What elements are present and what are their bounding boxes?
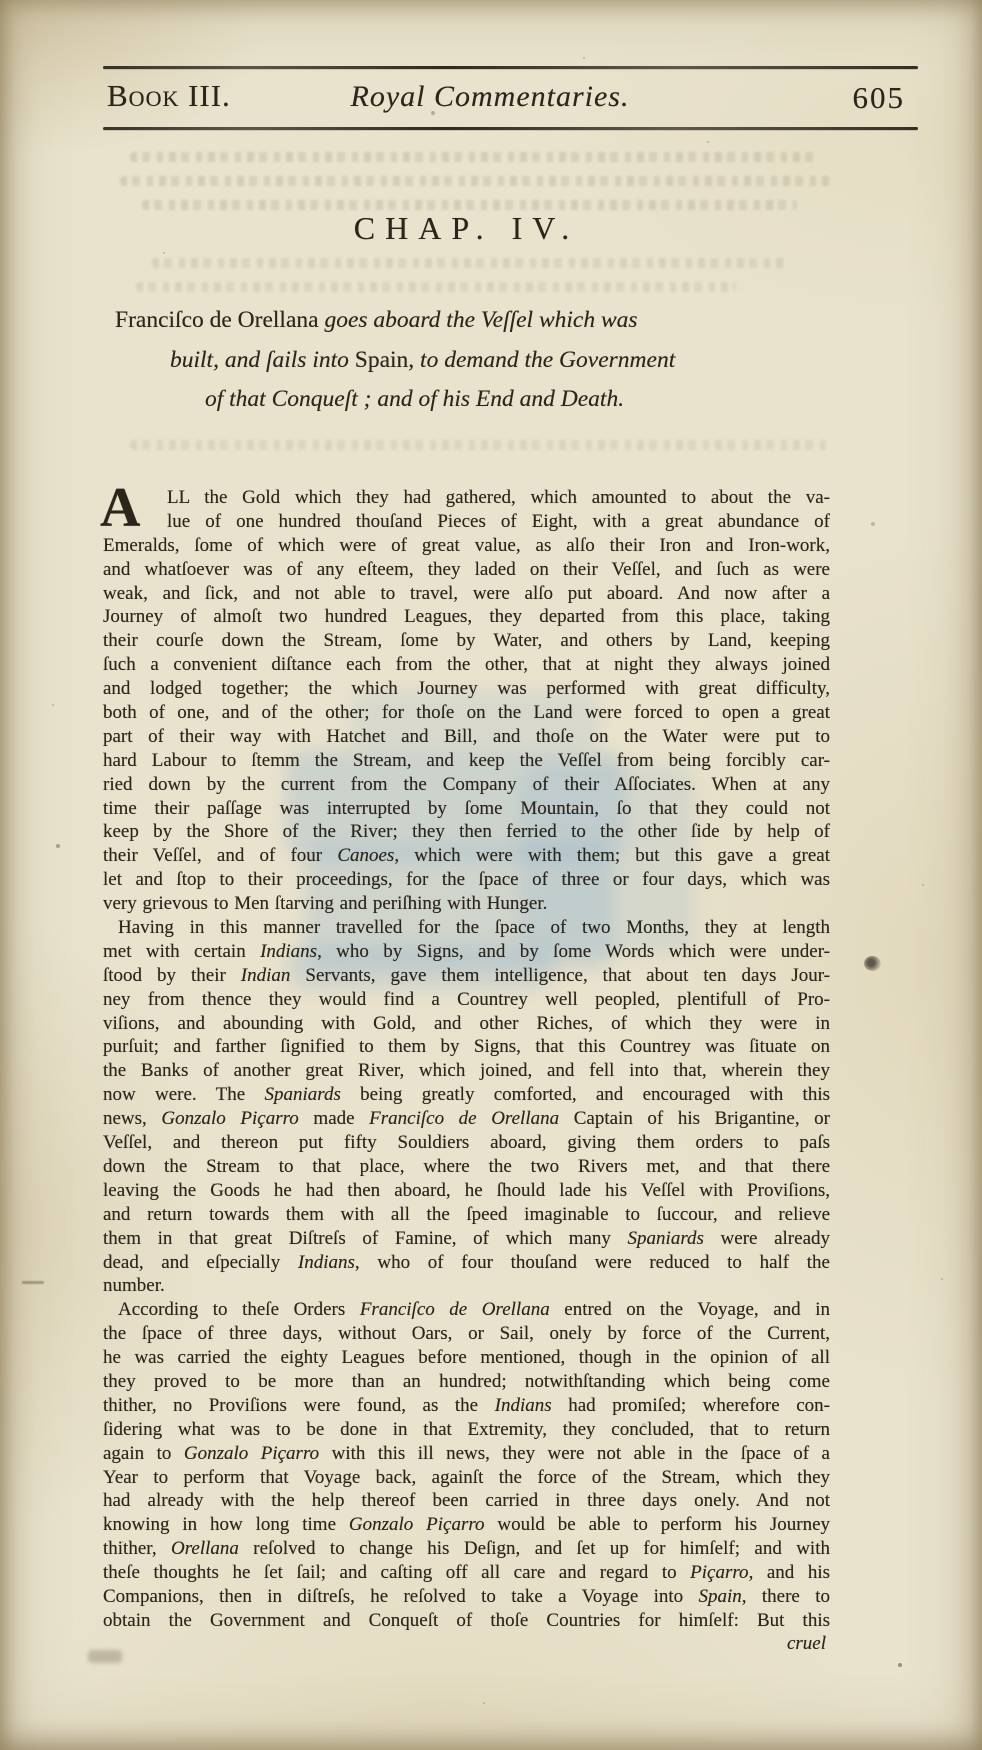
text-line: ried down by the current from the Compan… bbox=[103, 773, 830, 797]
text-segment: the Banks of another great River, which … bbox=[103, 1060, 830, 1081]
text-line: According to theſe Orders Franciſco de O… bbox=[103, 1298, 830, 1322]
text-segment: and whatſoever was of any eſteem, they l… bbox=[103, 559, 830, 580]
chapter-argument: Franciſco de Orellana goes aboard the Ve… bbox=[103, 301, 863, 420]
text-line: number. bbox=[103, 1274, 830, 1298]
text-segment: viſions, and abounding with Gold, and ot… bbox=[103, 1013, 830, 1034]
bleed-through-row bbox=[142, 200, 797, 210]
catchword: cruel bbox=[103, 1633, 826, 1655]
text-segment: Journey of almoſt two hundred Leagues, t… bbox=[103, 606, 830, 627]
text-line: thither, no Proviſions were found, as th… bbox=[103, 1394, 830, 1418]
text-segment: , to demand the Government bbox=[408, 347, 675, 373]
drop-cap: A bbox=[100, 483, 140, 533]
text-segment: he was carried the eighty Leagues before… bbox=[103, 1347, 830, 1368]
text-line: they proved to be more than an hundred; … bbox=[103, 1370, 830, 1394]
text-line: and whatſoever was of any eſteem, they l… bbox=[103, 558, 830, 582]
text-segment: , which were with them; but this gave a … bbox=[394, 845, 830, 866]
ink-blot bbox=[864, 956, 881, 971]
text-segment: Emeralds, ſome of which were of great va… bbox=[103, 535, 830, 556]
text-line: the Banks of another great River, which … bbox=[103, 1059, 830, 1083]
chapter-heading: CHAP. IV. bbox=[103, 210, 830, 247]
text-segment: met with certain bbox=[103, 941, 260, 962]
text-segment: , who by Signs, and by ſome Words which … bbox=[317, 941, 830, 962]
text-segment: very grievous to Men ſtarving and periſh… bbox=[103, 893, 547, 914]
text-line: lue of one hundred thouſand Pieces of Ei… bbox=[103, 510, 830, 534]
text-segment: knowing in how long time bbox=[103, 1514, 349, 1535]
text-segment: news, bbox=[103, 1108, 161, 1129]
text-segment: again to bbox=[103, 1443, 184, 1464]
text-segment: the ſpace of three days, without Oars, o… bbox=[103, 1323, 830, 1344]
text-line: and lodged together; the which Journey w… bbox=[103, 677, 830, 701]
text-line: now were. The Spaniards being greatly co… bbox=[103, 1083, 830, 1107]
text-segment: Spain bbox=[355, 347, 409, 373]
header-rule-top bbox=[103, 66, 918, 69]
text-segment: ney from thence they would find a Countr… bbox=[103, 989, 830, 1010]
text-line: ſtood by their Indian Servants, gave the… bbox=[103, 964, 830, 988]
text-segment: part of their way with Hatchet and Bill,… bbox=[103, 726, 830, 747]
bleed-through-row bbox=[136, 282, 736, 292]
text-segment: purſuit; and farther ſignified to them b… bbox=[103, 1036, 830, 1057]
text-line: Emeralds, ſome of which were of great va… bbox=[103, 534, 830, 558]
text-segment: Year to perform that Voyage back, againſ… bbox=[103, 1467, 830, 1488]
text-segment: their Veſſel, and of four bbox=[103, 845, 337, 866]
argument-line: built, and ſails into Spain, to demand t… bbox=[103, 341, 863, 381]
text-segment: down the Stream to that place, where the… bbox=[103, 1156, 830, 1177]
text-line: theſe thoughts he ſet ſail; and caſting … bbox=[103, 1561, 830, 1585]
text-line: had already with the help thereof been c… bbox=[103, 1489, 830, 1513]
text-segment: Servants, gave them intelligence, that a… bbox=[290, 965, 830, 986]
text-segment: According to theſe Orders bbox=[118, 1299, 360, 1320]
bleed-through-row bbox=[120, 176, 830, 186]
text-segment: Canoes bbox=[337, 845, 394, 866]
text-line: them in that great Diſtreſs of Famine, o… bbox=[103, 1227, 830, 1251]
text-line: the ſpace of three days, without Oars, o… bbox=[103, 1322, 830, 1346]
text-segment: entred on the Voyage, and in bbox=[550, 1299, 830, 1320]
text-segment: keep by the Shore of the River; they the… bbox=[103, 821, 830, 842]
text-segment: they proved to be more than an hundred; … bbox=[103, 1371, 830, 1392]
text-segment: their courſe down the Stream, ſome by Wa… bbox=[103, 630, 830, 651]
text-segment: Indian bbox=[241, 965, 291, 986]
text-segment: had promiſed; wherefore con- bbox=[552, 1395, 830, 1416]
text-line: Veſſel, and thereon put fifty Souldiers … bbox=[103, 1131, 830, 1155]
page-number: 605 bbox=[700, 80, 905, 116]
text-segment: now were. The bbox=[103, 1084, 265, 1105]
text-segment: Indians bbox=[260, 941, 317, 962]
text-line: met with certain Indians, who by Signs, … bbox=[103, 940, 830, 964]
text-segment: made bbox=[299, 1108, 369, 1129]
text-segment: ried down by the current from the Compan… bbox=[103, 774, 830, 795]
text-segment: number. bbox=[103, 1275, 165, 1296]
text-line: purſuit; and farther ſignified to them b… bbox=[103, 1035, 830, 1059]
text-segment: Companions, then in diſtreſs, he reſolve… bbox=[103, 1586, 699, 1607]
text-line: hard Labour to ſtemm the Stream, and kee… bbox=[103, 749, 830, 773]
text-segment: were already bbox=[704, 1228, 830, 1249]
bleed-through-row bbox=[130, 440, 830, 450]
text-line: he was carried the eighty Leagues before… bbox=[103, 1346, 830, 1370]
text-line: very grievous to Men ſtarving and periſh… bbox=[103, 892, 830, 916]
text-line: ſuch a convenient diſtance each from the… bbox=[103, 653, 830, 677]
margin-dash-mark bbox=[22, 1281, 44, 1284]
text-segment: Franciſco de Orellana bbox=[369, 1108, 559, 1129]
argument-line: of that Conqueſt ; and of his End and De… bbox=[103, 380, 863, 420]
text-segment: let and ſtop to their proceedings, for t… bbox=[103, 869, 830, 890]
text-line: and return towards them with all the ſpe… bbox=[103, 1203, 830, 1227]
text-segment: , who of four thouſand were reduced to h… bbox=[355, 1252, 830, 1273]
text-segment: hard Labour to ſtemm the Stream, and kee… bbox=[103, 750, 830, 771]
text-line: both of one, and of the other; for thoſe… bbox=[103, 701, 830, 725]
text-segment: Franciſco de Orellana bbox=[360, 1299, 550, 1320]
text-segment: theſe thoughts he ſet ſail; and caſting … bbox=[103, 1562, 690, 1583]
text-line: leaving the Goods he had then aboard, he… bbox=[103, 1179, 830, 1203]
text-segment: Indians bbox=[495, 1395, 552, 1416]
body-text: ALL the Gold which they had gathered, wh… bbox=[103, 486, 830, 1633]
text-line: weak, and ſick, and not able to travel, … bbox=[103, 582, 830, 606]
text-segment: with this ill news, they were not able i… bbox=[319, 1443, 830, 1464]
text-segment: reſolved to change his Deſign, and ſet u… bbox=[239, 1538, 830, 1559]
text-segment: Gonzalo Piçarro bbox=[184, 1443, 319, 1464]
text-line: thither, Orellana reſolved to change his… bbox=[103, 1537, 830, 1561]
text-segment: time their paſſage was interrupted by ſo… bbox=[103, 798, 830, 819]
text-segment: and return towards them with all the ſpe… bbox=[103, 1204, 830, 1225]
text-line: Having in this manner travelled for the … bbox=[103, 916, 830, 940]
text-segment: had already with the help thereof been c… bbox=[103, 1490, 830, 1511]
bleed-through-row bbox=[152, 258, 787, 268]
text-line: their Veſſel, and of four Canoes, which … bbox=[103, 844, 830, 868]
text-segment: leaving the Goods he had then aboard, he… bbox=[103, 1180, 830, 1201]
text-segment: thither, bbox=[103, 1538, 171, 1559]
book-page-scan: { "colors": {"paper": "#e9e2cc", "ink": … bbox=[0, 0, 982, 1750]
text-segment: Franciſco de Orellana bbox=[115, 307, 324, 333]
text-segment: and lodged together; the which Journey w… bbox=[103, 678, 830, 699]
text-line: time their paſſage was interrupted by ſo… bbox=[103, 797, 830, 821]
paper-specks bbox=[0, 0, 2, 2]
text-segment: ſuch a convenient diſtance each from the… bbox=[103, 654, 830, 675]
text-segment: thither, no Proviſions were found, as th… bbox=[103, 1395, 495, 1416]
text-line: let and ſtop to their proceedings, for t… bbox=[103, 868, 830, 892]
text-segment: Veſſel, and thereon put fifty Souldiers … bbox=[103, 1132, 830, 1153]
text-line: ſidering what was to be done in that Ext… bbox=[103, 1418, 830, 1442]
text-segment: Spaniards bbox=[265, 1084, 341, 1105]
text-segment: Captain of his Brigantine, or bbox=[559, 1108, 830, 1129]
argument-line: Franciſco de Orellana goes aboard the Ve… bbox=[103, 301, 863, 341]
text-line: keep by the Shore of the River; they the… bbox=[103, 820, 830, 844]
text-line: down the Stream to that place, where the… bbox=[103, 1155, 830, 1179]
text-segment: lue of one hundred thouſand Pieces of Ei… bbox=[167, 511, 830, 532]
text-segment: , and his bbox=[749, 1562, 830, 1583]
text-line: news, Gonzalo Piçarro made Franciſco de … bbox=[103, 1107, 830, 1131]
text-segment: Spain bbox=[699, 1586, 742, 1607]
text-segment: built, and ſails into bbox=[170, 347, 355, 373]
text-segment: being greatly comforted, and encouraged … bbox=[341, 1084, 830, 1105]
text-line: ney from thence they would find a Countr… bbox=[103, 988, 830, 1012]
text-segment: weak, and ſick, and not able to travel, … bbox=[103, 583, 830, 604]
text-segment: , there to bbox=[742, 1586, 830, 1607]
text-segment: of that Conqueſt ; and of his End and De… bbox=[205, 386, 624, 412]
text-segment: obtain the Government and Conqueſt of th… bbox=[103, 1610, 830, 1631]
text-segment: Indians bbox=[298, 1252, 355, 1273]
bleed-through-row bbox=[130, 152, 820, 162]
text-line: part of their way with Hatchet and Bill,… bbox=[103, 725, 830, 749]
text-segment: Gonzalo Piçarro bbox=[349, 1514, 485, 1535]
text-line: LL the Gold which they had gathered, whi… bbox=[103, 486, 830, 510]
text-line: their courſe down the Stream, ſome by Wa… bbox=[103, 629, 830, 653]
text-segment: would be able to perform his Journey bbox=[485, 1514, 830, 1535]
header-rule-bottom bbox=[103, 127, 918, 130]
text-line: dead, and eſpecially Indians, who of fou… bbox=[103, 1251, 830, 1275]
text-segment: LL the Gold which they had gathered, whi… bbox=[167, 487, 830, 508]
text-segment: Having in this manner travelled for the … bbox=[118, 917, 830, 938]
text-segment: Spaniards bbox=[628, 1228, 704, 1249]
text-line: viſions, and abounding with Gold, and ot… bbox=[103, 1012, 830, 1036]
text-line: Companions, then in diſtreſs, he reſolve… bbox=[103, 1585, 830, 1609]
text-segment: dead, and eſpecially bbox=[103, 1252, 298, 1273]
text-line: Year to perform that Voyage back, againſ… bbox=[103, 1466, 830, 1490]
text-segment: ſidering what was to be done in that Ext… bbox=[103, 1419, 830, 1440]
text-segment: goes aboard the Veſſel which was bbox=[324, 307, 637, 333]
text-line: obtain the Government and Conqueſt of th… bbox=[103, 1609, 830, 1633]
text-line: again to Gonzalo Piçarro with this ill n… bbox=[103, 1442, 830, 1466]
text-segment: ſtood by their bbox=[103, 965, 241, 986]
text-segment: both of one, and of the other; for thoſe… bbox=[103, 702, 830, 723]
text-segment: them in that great Diſtreſs of Famine, o… bbox=[103, 1228, 628, 1249]
text-segment: Piçarro bbox=[690, 1562, 748, 1583]
text-line: Journey of almoſt two hundred Leagues, t… bbox=[103, 605, 830, 629]
text-segment: Orellana bbox=[171, 1538, 239, 1559]
text-line: knowing in how long time Gonzalo Piçarro… bbox=[103, 1513, 830, 1537]
text-segment: Gonzalo Piçarro bbox=[161, 1108, 298, 1129]
